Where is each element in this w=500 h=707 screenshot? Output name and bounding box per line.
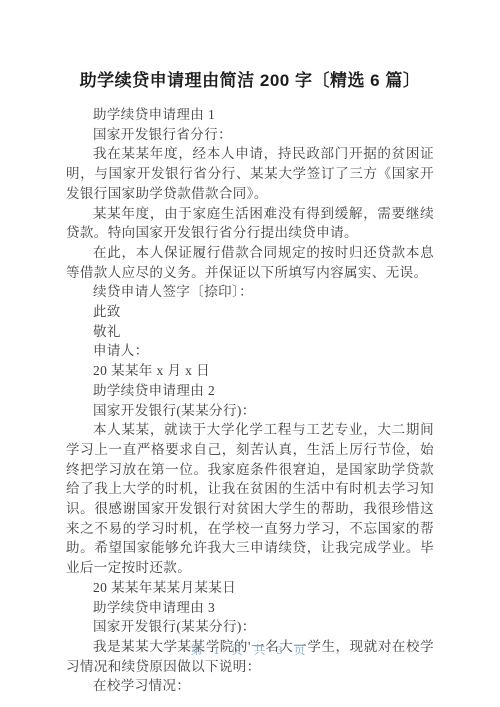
paragraph-signature-line: 续贷申请人签字〔捺印〕： — [66, 282, 434, 302]
paragraph: 某某年度，由于家庭生活困难没有得到缓解，需要继续贷款。特向国家开发银行省分行提出… — [66, 204, 434, 243]
paragraph: 在校学习情况： — [66, 676, 434, 696]
paragraph: 我在某某年度，经本人申请，持民政部门开据的贫困证明，与国家开发银行省分行、某某大… — [66, 144, 434, 203]
paragraph-closing: 此致 — [66, 302, 434, 322]
paragraph: 本人某某，就读于大学化学工程与工艺专业，大二期间学习上一直严格要求自己，刻苦认真… — [66, 420, 434, 578]
paragraph: 在此，本人保证履行借款合同规定的按时归还贷款本息等借款人应尽的义务。并保证以下所… — [66, 243, 434, 282]
paragraph-heading-1: 助学续贷申请理由 1 — [66, 105, 434, 125]
page-footer: 第 1 页 共 3 页 — [0, 641, 500, 658]
paragraph-salutation: 国家开发银行(某某分行)： — [66, 401, 434, 421]
paragraph-salutation: 国家开发银行(某某分行)： — [66, 617, 434, 637]
paragraph-salutation: 国家开发银行省分行： — [66, 125, 434, 145]
document-page: 助学续贷申请理由简洁 200 字〔精选 6 篇〕 助学续贷申请理由 1 国家开发… — [0, 0, 500, 707]
paragraph-heading-2: 助学续贷申请理由 2 — [66, 381, 434, 401]
paragraph-date-line: 20 某某年 x 月 x 日 — [66, 361, 434, 381]
page-indicator: 第 1 页 共 3 页 — [190, 643, 309, 657]
document-title: 助学续贷申请理由简洁 200 字〔精选 6 篇〕 — [66, 70, 434, 92]
paragraph-heading-3: 助学续贷申请理由 3 — [66, 598, 434, 618]
paragraph-date-line: 20 某某年某某月某某日 — [66, 578, 434, 598]
paragraph-applicant-line: 申请人： — [66, 341, 434, 361]
document-body: 助学续贷申请理由 1 国家开发银行省分行： 我在某某年度，经本人申请，持民政部门… — [66, 105, 434, 696]
paragraph-closing: 敬礼 — [66, 322, 434, 342]
